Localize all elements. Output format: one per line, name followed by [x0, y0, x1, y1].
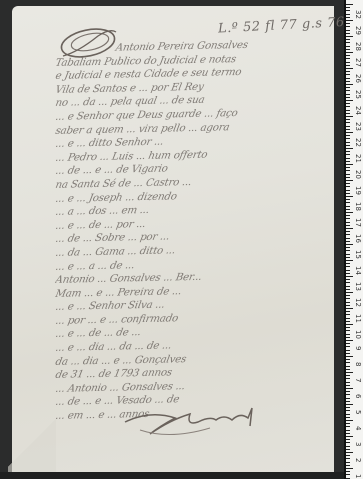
ruler-tick	[346, 39, 350, 40]
ruler-tick	[346, 350, 350, 351]
ruler-tick	[346, 346, 350, 347]
ruler-label: 23	[354, 122, 362, 131]
ruler-tick	[346, 183, 350, 184]
ruler-tick	[346, 186, 350, 187]
ruler-tick	[346, 260, 353, 261]
ruler-tick	[346, 20, 353, 21]
ruler-tick	[346, 158, 350, 159]
ruler-tick	[346, 263, 350, 264]
ruler-tick	[346, 212, 353, 213]
ruler-tick	[346, 10, 350, 11]
ruler-tick	[346, 327, 350, 328]
ruler-label: 22	[354, 138, 362, 147]
ruler-label: 17	[354, 218, 362, 227]
ruler-tick	[346, 238, 350, 239]
ruler-label: 32	[354, 10, 362, 19]
ruler-tick	[346, 74, 350, 75]
ruler-tick	[346, 206, 350, 207]
ruler-tick	[346, 388, 353, 389]
ruler-tick	[346, 4, 353, 5]
ruler-tick	[346, 58, 350, 59]
ruler-tick	[346, 151, 350, 152]
ruler-tick	[346, 366, 350, 367]
ruler-tick	[346, 324, 353, 325]
ruler-label: 4	[354, 426, 362, 430]
ruler-tick	[346, 36, 353, 37]
ruler-tick	[346, 14, 350, 15]
signature-flourish-icon: Antonio Pereira Gonsalves	[120, 400, 270, 440]
ruler-tick	[346, 420, 353, 421]
ruler-tick	[346, 62, 350, 63]
ruler-tick	[346, 276, 353, 277]
ruler-tick	[346, 257, 350, 258]
ruler-tick	[346, 311, 350, 312]
ruler-tick	[346, 209, 350, 210]
ruler-tick	[346, 135, 350, 136]
ruler-tick	[346, 465, 350, 466]
ruler-tick	[346, 78, 350, 79]
ruler-tick	[346, 426, 350, 427]
ruler-label: 26	[354, 74, 362, 83]
ruler-tick	[346, 455, 350, 456]
ruler-tick	[346, 17, 350, 18]
ruler-tick	[346, 129, 350, 130]
ruler-tick	[346, 49, 350, 50]
ruler-tick	[346, 286, 350, 287]
ruler-tick	[346, 116, 353, 117]
ruler-tick	[346, 84, 353, 85]
ruler-tick	[346, 414, 350, 415]
ruler-tick	[346, 167, 350, 168]
ruler-label: 3	[354, 442, 362, 446]
ruler-tick	[346, 436, 353, 437]
ruler-label: 18	[354, 202, 362, 211]
ruler-tick	[346, 305, 350, 306]
ruler-tick	[346, 442, 350, 443]
ruler-tick	[346, 199, 350, 200]
ruler-tick	[346, 97, 350, 98]
ruler-tick	[346, 81, 350, 82]
ruler-tick	[346, 126, 350, 127]
ruler-tick	[346, 394, 350, 395]
ruler-tick	[346, 33, 350, 34]
ruler-tick	[346, 52, 353, 53]
ruler-tick	[346, 113, 350, 114]
ruler-label: 7	[354, 378, 362, 382]
ruler-tick	[346, 417, 350, 418]
ruler-label: 29	[354, 26, 362, 35]
ruler-tick	[346, 334, 350, 335]
ruler-tick	[346, 471, 350, 472]
ruler-tick	[346, 302, 350, 303]
ruler-label: 25	[354, 90, 362, 99]
ruler-tick	[346, 46, 350, 47]
ruler-tick	[346, 343, 350, 344]
ruler-tick	[346, 244, 353, 245]
ruler-tick	[346, 474, 350, 475]
ruler-tick	[346, 122, 350, 123]
ruler-tick	[346, 215, 350, 216]
ruler-tick	[346, 132, 353, 133]
ruler-label: 12	[354, 298, 362, 307]
ruler-tick	[346, 30, 350, 31]
ruler-tick	[346, 404, 353, 405]
ruler-tick	[346, 142, 350, 143]
ruler-tick	[346, 145, 350, 146]
ruler-tick	[346, 42, 350, 43]
ruler-tick	[346, 353, 350, 354]
scan-shadow-bottom	[0, 472, 344, 479]
folded-corner	[8, 413, 56, 473]
ruler-tick	[346, 462, 350, 463]
ruler-tick	[346, 55, 350, 56]
ruler-tick	[346, 318, 350, 319]
ruler-tick	[346, 170, 350, 171]
ruler-tick	[346, 330, 350, 331]
ruler-tick	[346, 7, 350, 8]
ruler-tick	[346, 225, 350, 226]
ruler-tick	[346, 375, 350, 376]
ruler-tick	[346, 222, 350, 223]
ruler-tick	[346, 148, 353, 149]
ruler-tick	[346, 449, 350, 450]
ruler-tick	[346, 321, 350, 322]
ruler-tick	[346, 452, 353, 453]
ruler-label: 20	[354, 170, 362, 179]
ruler-tick	[346, 110, 350, 111]
ruler-tick	[346, 241, 350, 242]
ruler-tick	[346, 407, 350, 408]
ruler-tick	[346, 391, 350, 392]
ruler-tick	[346, 378, 350, 379]
ruler-tick	[346, 254, 350, 255]
ruler-tick	[346, 446, 350, 447]
ruler-tick	[346, 398, 350, 399]
ruler-tick	[346, 65, 350, 66]
ruler-label: 11	[354, 314, 362, 323]
ruler-tick	[346, 68, 353, 69]
ruler-tick	[346, 382, 350, 383]
ruler-tick	[346, 356, 353, 357]
ruler-tick	[346, 90, 350, 91]
ruler-label: 27	[354, 58, 362, 67]
ruler-tick	[346, 161, 350, 162]
ruler-tick	[346, 279, 350, 280]
ruler-label: 28	[354, 42, 362, 51]
ruler-tick	[346, 266, 350, 267]
ruler-tick	[346, 292, 353, 293]
ruler-label: 5	[354, 410, 362, 414]
ruler-tick	[346, 87, 350, 88]
ruler-tick	[346, 282, 350, 283]
ruler-tick	[346, 337, 350, 338]
ruler-tick	[346, 340, 353, 341]
ruler-label: 24	[354, 106, 362, 115]
ruler-label: 9	[354, 346, 362, 350]
ruler-tick	[346, 468, 353, 469]
ruler-tick	[346, 247, 350, 248]
ruler-tick	[346, 270, 350, 271]
ruler-tick	[346, 385, 350, 386]
ruler-label: 2	[354, 458, 362, 462]
ruler-tick	[346, 228, 353, 229]
ruler-label: 19	[354, 186, 362, 195]
ruler-label: 13	[354, 282, 362, 291]
ruler-tick	[346, 289, 350, 290]
ruler-tick	[346, 433, 350, 434]
ruler-label: 10	[354, 330, 362, 339]
ruler-tick	[346, 190, 350, 191]
ruler-tick	[346, 314, 350, 315]
ruler-tick	[346, 154, 350, 155]
ruler-tick	[346, 359, 350, 360]
ruler-tick	[346, 193, 350, 194]
ruler-label: 8	[354, 362, 362, 366]
ruler-tick	[346, 174, 350, 175]
ruler-tick	[346, 138, 350, 139]
ruler-tick	[346, 177, 350, 178]
ruler-tick	[346, 298, 350, 299]
ruler-tick	[346, 231, 350, 232]
ruler-tick	[346, 164, 353, 165]
ruler-tick	[346, 362, 350, 363]
ruler-tick	[346, 100, 353, 101]
ruler-tick	[346, 218, 350, 219]
ruler-label: 16	[354, 234, 362, 243]
ruler-tick	[346, 23, 350, 24]
ruler-tick	[346, 273, 350, 274]
manuscript-body: Antonio Pereira GonsalvesTabaliam Public…	[56, 40, 328, 421]
measuring-ruler: 3229282726252423222120191817161514131211…	[344, 0, 363, 479]
ruler-label: 6	[354, 394, 362, 398]
ruler-tick	[346, 308, 353, 309]
ruler-label: 1	[354, 474, 362, 478]
ruler-tick	[346, 196, 353, 197]
ruler-tick	[346, 439, 350, 440]
ruler-tick	[346, 119, 350, 120]
ruler-tick	[346, 180, 353, 181]
ruler-tick	[346, 103, 350, 104]
ruler-tick	[346, 372, 353, 373]
ruler-tick	[346, 106, 350, 107]
ruler-tick	[346, 430, 350, 431]
ruler-tick	[346, 71, 350, 72]
ruler-tick	[346, 202, 350, 203]
ruler-tick	[346, 410, 350, 411]
ruler-tick	[346, 250, 350, 251]
ruler-tick	[346, 369, 350, 370]
ruler-tick	[346, 458, 350, 459]
ruler-tick	[346, 478, 350, 479]
ruler-tick	[346, 234, 350, 235]
ruler-tick	[346, 423, 350, 424]
ruler-label: 21	[354, 154, 362, 163]
ruler-label: 15	[354, 250, 362, 259]
ruler-tick	[346, 401, 350, 402]
ruler-tick	[346, 295, 350, 296]
ruler-tick	[346, 26, 350, 27]
ruler-label: 14	[354, 266, 362, 275]
ruler-tick	[346, 94, 350, 95]
